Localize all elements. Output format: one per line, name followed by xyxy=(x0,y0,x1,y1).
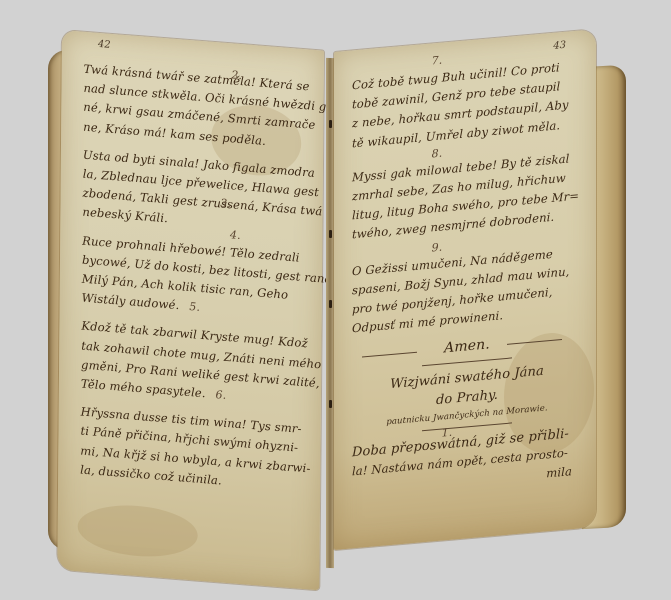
open-manuscript-book: 42 2. Twá krásná twář se zatměla! Která … xyxy=(0,0,671,600)
photo-scene: 42 2. Twá krásná twář se zatměla! Která … xyxy=(0,0,671,600)
verse-number: 6. xyxy=(215,388,226,403)
book-spine xyxy=(326,58,334,568)
binding-stitch xyxy=(329,300,332,308)
binding-stitch xyxy=(329,230,332,238)
binding-stitch xyxy=(329,400,332,408)
stanza-5: Kdož tě tak zbarwil Kryste mug! Kdož tak… xyxy=(81,317,308,412)
left-page: 42 2. Twá krásná twář se zatměla! Která … xyxy=(57,30,324,590)
stanza-3: Usta od byti sinala! Jako figala zmodra … xyxy=(82,145,309,240)
right-page-text: 7. Což tobě twug Buh učinil! Co proti to… xyxy=(352,56,582,509)
binding-stitch xyxy=(329,120,332,128)
stanza-4: 4. Ruce prohnali hřebowé! Tělo zedrali b… xyxy=(82,231,309,326)
paper-stain xyxy=(77,501,197,560)
page-number: 42 xyxy=(98,39,111,51)
left-page-text: 2. Twá krásná twář se zatměla! Která se … xyxy=(80,60,310,507)
stanza-6: Hřyssna dusse tis tim wina! Tys smr- ti … xyxy=(80,403,307,498)
stanza-final: 1. Doba přeposwátná, giž se přibli- la! … xyxy=(352,423,582,501)
page-number: 43 xyxy=(553,40,566,52)
verse-number: 5. xyxy=(189,300,200,315)
stanza-2: 2. Twá krásná twář se zatměla! Která se … xyxy=(83,60,310,155)
right-page: 43 7. Což tobě twug Buh učinil! Co proti… xyxy=(334,29,596,550)
